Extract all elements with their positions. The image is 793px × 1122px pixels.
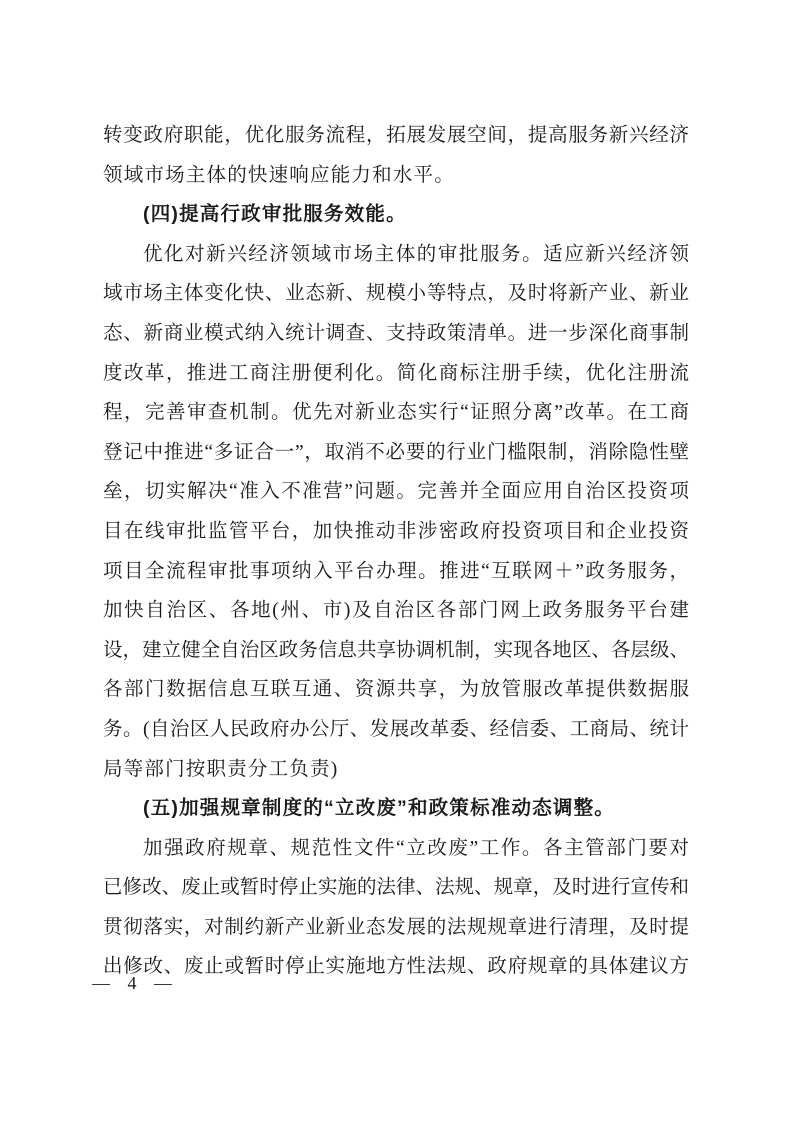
- text-line: 出修改、废止或暂时停止实施地方性法规、政府规章的具体建议方: [103, 947, 689, 987]
- document-page: 转变政府职能，优化服务流程，拓展发展空间，提高服务新兴经济领域市场主体的快速响应…: [0, 0, 793, 1122]
- text-line: 加快自治区、各地(州、市)及自治区各部门网上政务服务平台建: [103, 591, 689, 631]
- text-line: 已修改、废止或暂时停止实施的法律、法规、规章，及时进行宣传和: [103, 868, 689, 908]
- text-line: 域市场主体变化快、业态新、规模小等特点，及时将新产业、新业: [103, 274, 689, 314]
- text-line: 度改革，推进工商注册便利化。简化商标注册手续，优化注册流: [103, 354, 689, 394]
- text-line: 登记中推进“多证合一”，取消不必要的行业门槛限制，消除隐性壁: [103, 433, 689, 473]
- text-line: 程，完善审查机制。优先对新业态实行“证照分离”改革。在工商: [103, 393, 689, 433]
- text-line: 项目全流程审批事项纳入平台办理。推进“互联网＋”政务服务，: [103, 552, 689, 592]
- text-line: 局等部门按职责分工负责): [103, 750, 689, 790]
- text-line: 优化对新兴经济领域市场主体的审批服务。适应新兴经济领: [103, 235, 689, 275]
- section-heading: (四)提高行政审批服务效能。: [103, 195, 689, 235]
- text-line: 各部门数据信息互联互通、资源共享，为放管服改革提供数据服: [103, 670, 689, 710]
- text-line: 目在线审批监管平台，加快推动非涉密政府投资项目和企业投资: [103, 512, 689, 552]
- text-line: 设，建立健全自治区政务信息共享协调机制，实现各地区、各层级、: [103, 631, 689, 671]
- section-heading: (五)加强规章制度的“立改废”和政策标准动态调整。: [103, 789, 689, 829]
- text-line: 领域市场主体的快速响应能力和水平。: [103, 156, 689, 196]
- text-line: 转变政府职能，优化服务流程，拓展发展空间，提高服务新兴经济: [103, 116, 689, 156]
- page-number: — 4 —: [92, 972, 174, 994]
- text-line: 垒，切实解决“准入不准营”问题。完善并全面应用自治区投资项: [103, 472, 689, 512]
- text-line: 加强政府规章、规范性文件“立改废”工作。各主管部门要对: [103, 829, 689, 869]
- document-body: 转变政府职能，优化服务流程，拓展发展空间，提高服务新兴经济领域市场主体的快速响应…: [103, 116, 689, 987]
- text-line: 务。(自治区人民政府办公厅、发展改革委、经信委、工商局、统计: [103, 710, 689, 750]
- text-line: 态、新商业模式纳入统计调查、支持政策清单。进一步深化商事制: [103, 314, 689, 354]
- text-line: 贯彻落实，对制约新产业新业态发展的法规规章进行清理，及时提: [103, 908, 689, 948]
